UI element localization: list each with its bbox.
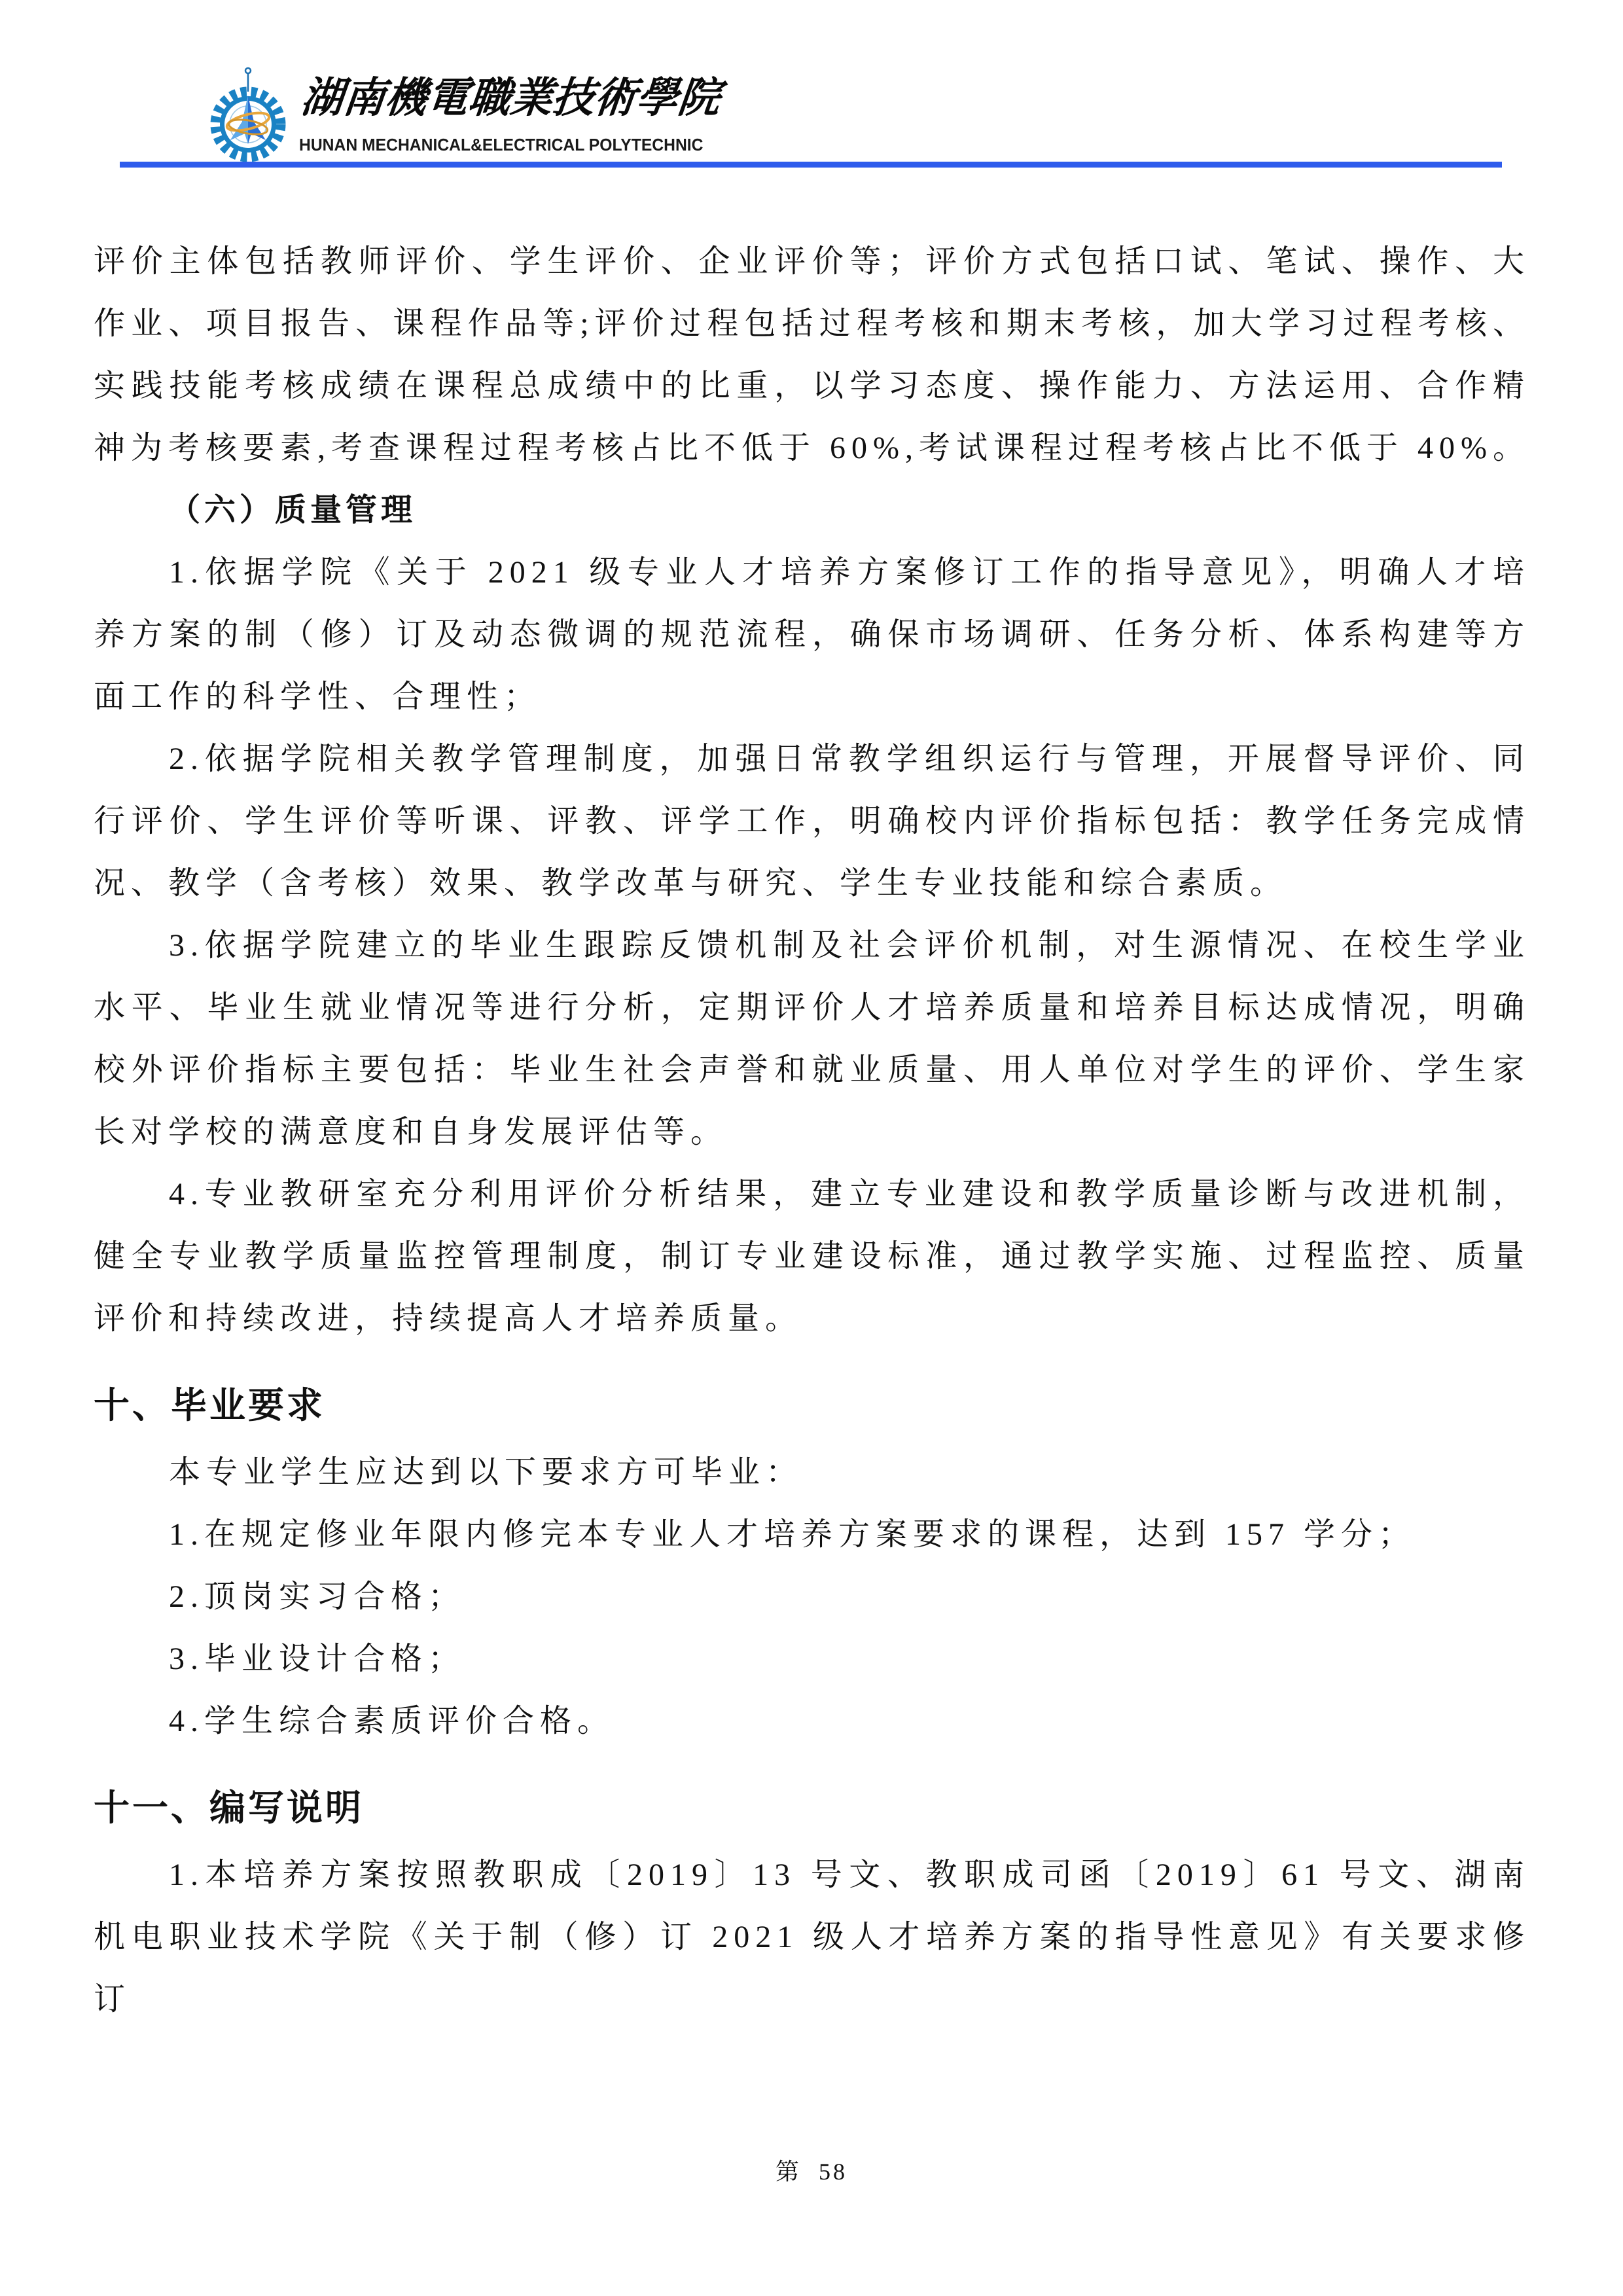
paragraph-graduation-intro: 本专业学生应达到以下要求方可毕业： [94, 1441, 1530, 1503]
list-item-comprehensive: 4.学生综合素质评价合格。 [94, 1690, 1530, 1752]
paragraph-quality-1: 1.依据学院《关于 2021 级专业人才培养方案修订工作的指导意见》，明确人才培… [94, 541, 1530, 728]
paragraph-quality-4: 4.专业教研室充分利用评价分析结果，建立专业建设和教学质量诊断与改进机制，健全专… [94, 1163, 1530, 1350]
list-item-credits: 1.在规定修业年限内修完本专业人才培养方案要求的课程，达到 157 学分； [94, 1503, 1530, 1566]
paragraph-quality-2: 2.依据学院相关教学管理制度，加强日常教学组织运行与管理，开展督导评价、同行评价… [94, 728, 1530, 914]
paragraph-quality-3: 3.依据学院建立的毕业生跟踪反馈机制及社会评价机制，对生源情况、在校生学业水平、… [94, 914, 1530, 1163]
school-name-chinese: 湖南機電職業技術學院 [298, 65, 724, 131]
school-name-english: HUNAN MECHANICAL&ELECTRICAL POLYTECHNIC [299, 135, 704, 155]
list-item-design: 3.毕业设计合格； [94, 1628, 1530, 1690]
page-number: 第 58 [0, 2153, 1623, 2187]
heading-graduation-requirements: 十、毕业要求 [94, 1377, 1530, 1433]
paragraph-evaluation-continued: 评价主体包括教师评价、学生评价、企业评价等；评价方式包括口试、笔试、操作、大作业… [94, 230, 1530, 479]
document-page: 湖南機電職業技術學院 HUNAN MECHANICAL&ELECTRICAL P… [0, 0, 1623, 2296]
header-rule [120, 162, 1502, 168]
document-body: 评价主体包括教师评价、学生评价、企业评价等；评价方式包括口试、笔试、操作、大作业… [94, 230, 1530, 2030]
list-item-internship: 2.顶岗实习合格； [94, 1566, 1530, 1628]
heading-compilation-notes: 十一、编写说明 [94, 1780, 1530, 1836]
school-logo [208, 64, 288, 162]
page-header: 湖南機電職業技術學院 HUNAN MECHANICAL&ELECTRICAL P… [0, 0, 1623, 170]
paragraph-compilation-1: 1.本培养方案按照教职成〔2019〕13 号文、教职成司函〔2019〕61 号文… [94, 1844, 1530, 2030]
heading-quality-management: （六）质量管理 [94, 479, 1530, 541]
